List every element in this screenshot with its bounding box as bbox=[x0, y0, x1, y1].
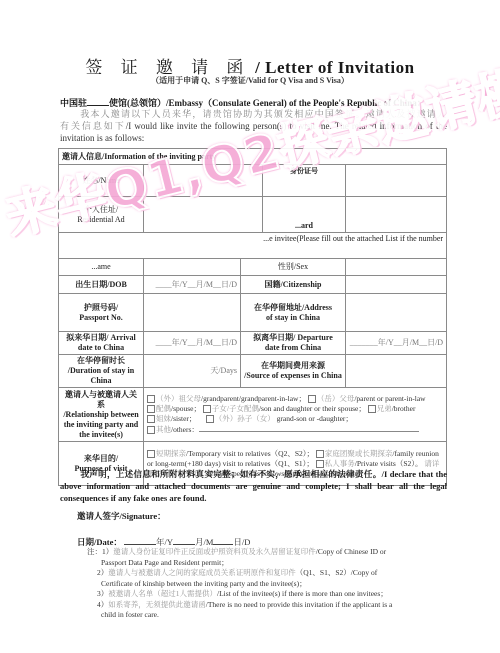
relationship-option-grandchild[interactable]: （外）孙子（女） grand-son or -daughter； bbox=[206, 414, 353, 423]
invitee-citizenship-label: 国籍/Citizenship bbox=[241, 276, 346, 294]
invitee-arrival-field[interactable]: ____年/Y__月/M__日/D bbox=[144, 332, 241, 355]
date-day-field[interactable] bbox=[213, 536, 233, 545]
checkbox-icon[interactable] bbox=[147, 426, 155, 434]
relationship-option-child[interactable]: 子女/子女配偶/son and daughter or their spouse… bbox=[203, 404, 366, 413]
checkbox-icon[interactable] bbox=[368, 405, 376, 413]
inviter-name-field[interactable] bbox=[144, 165, 263, 197]
inviter-id-field[interactable] bbox=[346, 165, 447, 197]
inviter-address-field[interactable] bbox=[144, 197, 263, 233]
invitee-address-label: 在华停留地址/Address of stay in China bbox=[241, 294, 346, 332]
purpose-option-temporary[interactable]: 短期探亲/Temporary visit to relatives（Q2、S2）… bbox=[147, 449, 314, 458]
invitee-section-header: ...e invitee(Please fill out the attache… bbox=[59, 233, 447, 259]
checkbox-icon[interactable] bbox=[147, 395, 155, 403]
signature-label: 邀请人签字/Signature： bbox=[77, 510, 166, 522]
salutation-suffix: 使馆(总领馆）/Embassy（Consulate General) of th… bbox=[109, 98, 426, 108]
invitee-departure-label: 拟离华日期/ Departure date from China bbox=[241, 332, 346, 355]
inviter-address-label: 个人住址/ Residential Ad bbox=[59, 197, 144, 233]
invitee-passport-field[interactable] bbox=[144, 294, 241, 332]
invitee-duration-field[interactable]: 天/Days bbox=[144, 355, 241, 388]
declaration-cn: 我声明，上述信息和所附材料真实完整；如有不实，愿承担相应的法律责任。 bbox=[80, 469, 382, 479]
salutation-prefix: 中国驻 bbox=[60, 98, 87, 108]
declaration-paragraph: 我声明，上述信息和所附材料真实完整；如有不实，愿承担相应的法律责任。/I dec… bbox=[60, 468, 447, 504]
note-item-4: 4）如系寄养，无须提供此邀请函/There is no need to prov… bbox=[77, 600, 397, 621]
invitation-form-table: 邀请人信息/Information of the inviting party … bbox=[58, 148, 447, 486]
date-day-unit: 日/D bbox=[233, 537, 250, 547]
checkbox-icon[interactable] bbox=[147, 405, 155, 413]
relationship-option-others[interactable]: 其他/others： bbox=[147, 425, 199, 434]
intro-paragraph: 我本人邀请以下人员来华，请贵馆协助为其颁发相应中国签证。邀请人及被邀请人有关信息… bbox=[60, 108, 447, 144]
invitee-sex-label: 性别/Sex bbox=[241, 259, 346, 276]
invitee-dob-field[interactable]: ____年/Y__月/M__日/D bbox=[144, 276, 241, 294]
relationship-option-sister[interactable]: 姐妹/sister； bbox=[147, 414, 196, 423]
note-item-1: 注：1）邀请人身份证复印件正反面或护照资料页及永久居留证复印件/Copy of … bbox=[77, 547, 397, 568]
checkbox-icon[interactable] bbox=[316, 460, 324, 468]
purpose-option-private[interactable]: 私人事务/Private visits（S2）。 bbox=[316, 459, 423, 468]
invitation-letter-page: 签 证 邀 请 函 / Letter of Invitation （适用于申请 … bbox=[0, 0, 500, 653]
relationship-option-spouse[interactable]: 配偶/spouse； bbox=[147, 404, 201, 413]
invitee-citizenship-field[interactable] bbox=[346, 276, 447, 294]
relationship-label: 邀请人与被邀请人关系 /Relationship between the inv… bbox=[59, 388, 144, 442]
invitee-expenses-field[interactable] bbox=[346, 355, 447, 388]
relationship-options: （外）祖父母/grandparent/grandparent-in-law； （… bbox=[144, 388, 447, 442]
date-month-unit: 月/M bbox=[195, 537, 213, 547]
relationship-option-brother[interactable]: 兄弟/brother bbox=[368, 404, 416, 413]
checkbox-icon[interactable] bbox=[308, 395, 316, 403]
others-blank-field[interactable] bbox=[199, 424, 419, 432]
relationship-option-grandparent[interactable]: （外）祖父母/grandparent/grandparent-in-law； bbox=[147, 394, 306, 403]
invitee-name-label: ...ame bbox=[59, 259, 144, 276]
checkbox-icon[interactable] bbox=[203, 405, 211, 413]
embassy-blank-field[interactable] bbox=[87, 97, 109, 106]
inviter-name-label: 姓名/Name bbox=[59, 165, 144, 197]
invitee-passport-label: 护照号码/ Passport No. bbox=[59, 294, 144, 332]
invitee-address-field[interactable] bbox=[346, 294, 447, 332]
invitee-name-field[interactable] bbox=[144, 259, 241, 276]
date-month-field[interactable] bbox=[173, 536, 195, 545]
note-item-2: 2）邀请人与被邀请人之间的家庭成员关系证明原件和复印件（Q1、S1、S2）/Co… bbox=[77, 568, 397, 589]
invitee-expenses-label: 在华期间费用来源 /Source of expenses in China bbox=[241, 355, 346, 388]
inviter-phone-field[interactable] bbox=[346, 197, 447, 233]
relationship-option-parent[interactable]: （岳）父母/parent or parent-in-law bbox=[308, 394, 426, 403]
checkbox-icon[interactable] bbox=[316, 450, 324, 458]
notes-section: 注：1）邀请人身份证复印件正反面或护照资料页及永久居留证复印件/Copy of … bbox=[77, 547, 397, 621]
checkbox-icon[interactable] bbox=[147, 450, 155, 458]
date-year-field[interactable] bbox=[124, 536, 156, 545]
inviting-party-section-header: 邀请人信息/Information of the inviting party bbox=[59, 149, 447, 165]
invitee-sex-field[interactable] bbox=[346, 259, 447, 276]
inviter-id-label: 身份证号 bbox=[263, 165, 346, 197]
invitee-dob-label: 出生日期/DOB bbox=[59, 276, 144, 294]
checkbox-icon[interactable] bbox=[147, 415, 155, 423]
date-year-unit: 年/Y bbox=[156, 537, 173, 547]
note-item-3: 3）被邀请人名单（超过1人需提供）/List of the invitee(s)… bbox=[77, 589, 397, 600]
page-subtitle: （适用于申请 Q、S 字签证/Valid for Q Visa and S Vi… bbox=[0, 75, 500, 86]
date-label: 日期/Date： bbox=[77, 537, 122, 547]
invitee-duration-label: 在华停留时长 /Duration of stay in China bbox=[59, 355, 144, 388]
inviter-phone-label: ...ard bbox=[263, 197, 346, 233]
checkbox-icon[interactable] bbox=[206, 415, 214, 423]
invitee-arrival-label: 拟来华日期/ Arrival date to China bbox=[59, 332, 144, 355]
invitee-departure-field[interactable]: _______年/Y__月/M__日/D bbox=[346, 332, 447, 355]
